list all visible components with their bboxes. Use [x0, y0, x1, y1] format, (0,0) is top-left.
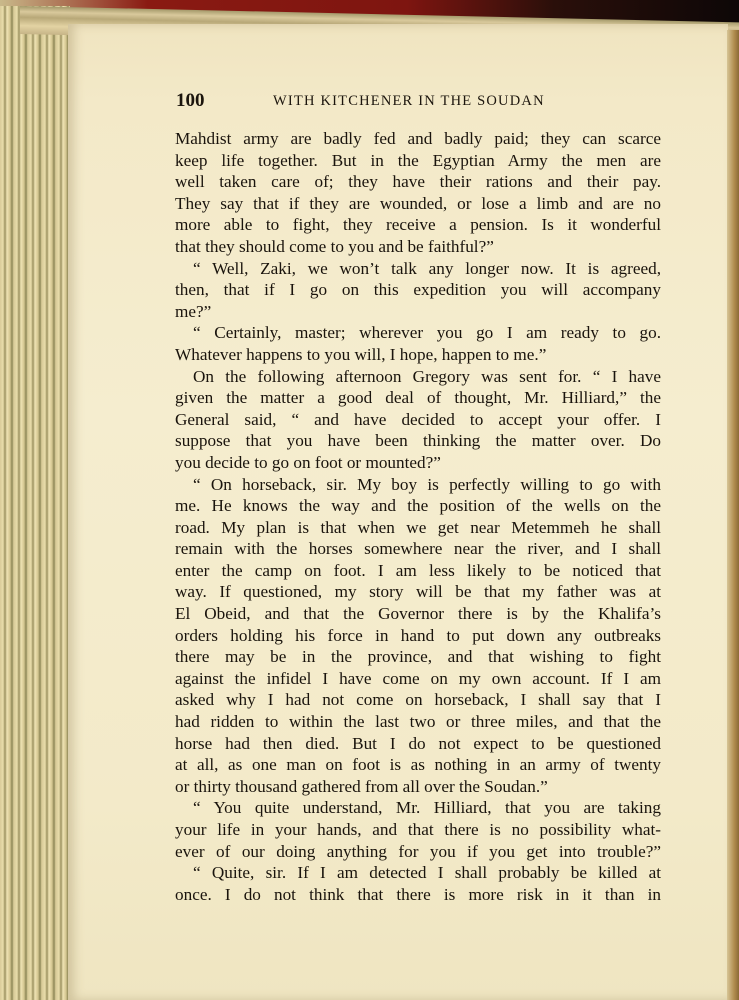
text-line: asked why I had not come on horseback, I…	[175, 689, 661, 711]
text-line: there may be in the province, and that w…	[175, 646, 661, 668]
text-line: ever of our doing anything for you if yo…	[175, 841, 661, 863]
text-line: once. I do not think that there is more …	[175, 884, 661, 906]
running-head: WITH KITCHENER IN THE SOUDAN	[273, 93, 545, 110]
text-line: horse had then died. But I do not expect…	[175, 733, 661, 755]
text-line: way. If questioned, my story will be tha…	[175, 581, 661, 603]
text-line: Mahdist army are badly fed and badly pai…	[175, 128, 661, 150]
text-line: enter the camp on foot. I am less likely…	[175, 560, 661, 582]
text-line: me. He knows the way and the position of…	[175, 495, 661, 517]
text-line: On the following afternoon Gregory was s…	[175, 366, 661, 388]
text-line: your life in your hands, and that there …	[175, 819, 661, 841]
text-line: “ You quite understand, Mr. Hilliard, th…	[175, 797, 661, 819]
text-line: more able to fight, they receive a pensi…	[175, 214, 661, 236]
text-line: given the matter a good deal of thought,…	[175, 387, 661, 409]
text-line: had ridden to within the last two or thr…	[175, 711, 661, 733]
text-line: that they should come to you and be fait…	[175, 236, 661, 258]
body-text: Mahdist army are badly fed and badly pai…	[175, 128, 661, 905]
text-line: “ Quite, sir. If I am detected I shall p…	[175, 862, 661, 884]
text-line: Whatever happens to you will, I hope, ha…	[175, 344, 661, 366]
text-line: keep life together. But in the Egyptian …	[175, 150, 661, 172]
text-line: General said, “ and have decided to acce…	[175, 409, 661, 431]
text-line: suppose that you have been thinking the …	[175, 430, 661, 452]
page-right-edge	[727, 30, 739, 1000]
text-line: remain with the horses somewhere near th…	[175, 538, 661, 560]
text-line: road. My plan is that when we get near M…	[175, 517, 661, 539]
text-line: “ Well, Zaki, we won’t talk any longer n…	[175, 258, 661, 280]
text-line: They say that if they are wounded, or lo…	[175, 193, 661, 215]
page-number: 100	[176, 90, 205, 112]
page-header: 100 WITH KITCHENER IN THE SOUDAN	[176, 90, 656, 114]
text-line: or thirty thousand gathered from all ove…	[175, 776, 661, 798]
text-line: El Obeid, and that the Governor there is…	[175, 603, 661, 625]
text-line: “ Certainly, master; wherever you go I a…	[175, 322, 661, 344]
text-line: you decide to go on foot or mounted?”	[175, 452, 661, 474]
text-line: then, that if I go on this expedition yo…	[175, 279, 661, 301]
text-line: “ On horseback, sir. My boy is perfectly…	[175, 474, 661, 496]
page-stack-edge	[0, 6, 70, 1000]
text-line: well taken care of; they have their rati…	[175, 171, 661, 193]
text-line: at all, as one man on foot is as nothing…	[175, 754, 661, 776]
text-line: me?”	[175, 301, 661, 323]
text-line: against the infidel I have come on my ow…	[175, 668, 661, 690]
text-line: orders holding his force in hand to put …	[175, 625, 661, 647]
